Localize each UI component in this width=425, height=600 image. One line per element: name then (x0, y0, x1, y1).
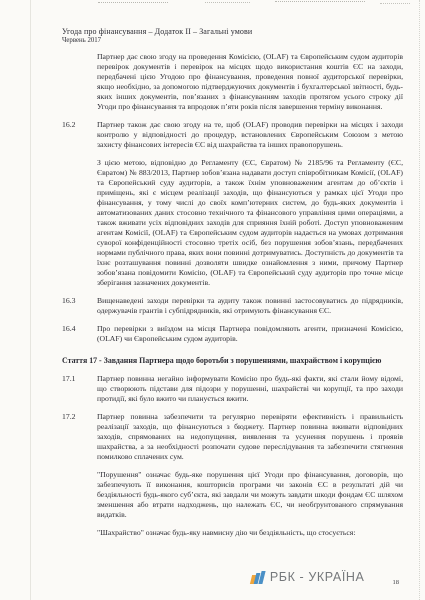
scanned-document-page: Угода про фінансування – Додаток ІІ – За… (0, 0, 425, 600)
paragraph-17-1: 17.1 Партнер повинна негайно інформувати… (62, 374, 403, 404)
scan-artifact (419, 0, 420, 600)
definition-fraud: "Шахрайство" означає будь-яку навмисну д… (62, 528, 403, 538)
clause-text: Про перевірки з виїздом на місця Партнер… (97, 324, 403, 344)
document-content: Угода про фінансування – Додаток ІІ – За… (62, 27, 403, 538)
paragraph-17-2: 17.2 Партнер повинна забезпечити та регу… (62, 412, 403, 462)
clause-text: З цією метою, відповідно до Регламенту (… (97, 158, 403, 288)
clause-text: "Шахрайство" означає будь-яку навмисну д… (97, 528, 403, 538)
paragraph-16-2: 16.2 Партнер також дає свою згоду на те,… (62, 120, 403, 150)
rbc-ukraine-logo-text: РБК - УКРАЇНА (270, 570, 365, 584)
paragraph-16-4: 16.4 Про перевірки з виїздом на місця Па… (62, 324, 403, 344)
scan-artifact (205, 2, 250, 3)
clause-number: 17.2 (62, 412, 97, 462)
clause-number (62, 528, 97, 538)
clause-number (62, 470, 97, 520)
clause-text: "Порушення" означає будь-яке порушення ц… (97, 470, 403, 520)
clause-number: 17.1 (62, 374, 97, 404)
clause-number (62, 158, 97, 288)
rbc-ukraine-logo: РБК - УКРАЇНА (250, 570, 365, 584)
clause-number: 16.4 (62, 324, 97, 344)
rbc-bar-chart-icon (250, 571, 265, 584)
clause-text: Вищенаведені заходи перевірки та аудиту … (97, 296, 403, 316)
scan-artifact (98, 2, 168, 3)
clause-text: Партнер повинна забезпечити та регулярно… (97, 412, 403, 462)
clause-number: 16.3 (62, 296, 97, 316)
paragraph-16-2-continuation: З цією метою, відповідно до Регламенту (… (62, 158, 403, 288)
clause-text: Партнер також дає свою згоду на те, щоб … (97, 120, 403, 150)
definition-violation: "Порушення" означає будь-яке порушення ц… (62, 470, 403, 520)
paragraph-16-3: 16.3 Вищенаведені заходи перевірки та ау… (62, 296, 403, 316)
scan-artifact (380, 3, 410, 4)
paragraph-16-1-continuation: Партнер дає свою згоду на проведення Ком… (62, 52, 403, 112)
page-footer: РБК - УКРАЇНА 18 (250, 570, 399, 584)
clause-number (62, 52, 97, 112)
document-header-title: Угода про фінансування – Додаток ІІ – За… (62, 27, 403, 36)
clause-text: Партнер повинна негайно інформувати Комі… (97, 374, 403, 404)
scan-artifact (275, 1, 365, 2)
scan-artifact (30, 0, 31, 600)
clause-text: Партнер дає свою згоду на проведення Ком… (97, 52, 403, 112)
page-number: 18 (393, 579, 400, 586)
clause-number: 16.2 (62, 120, 97, 150)
article-17-heading: Стаття 17 - Завдання Партнера щодо борот… (62, 355, 384, 366)
document-header-date: Червень 2017 (62, 37, 403, 44)
